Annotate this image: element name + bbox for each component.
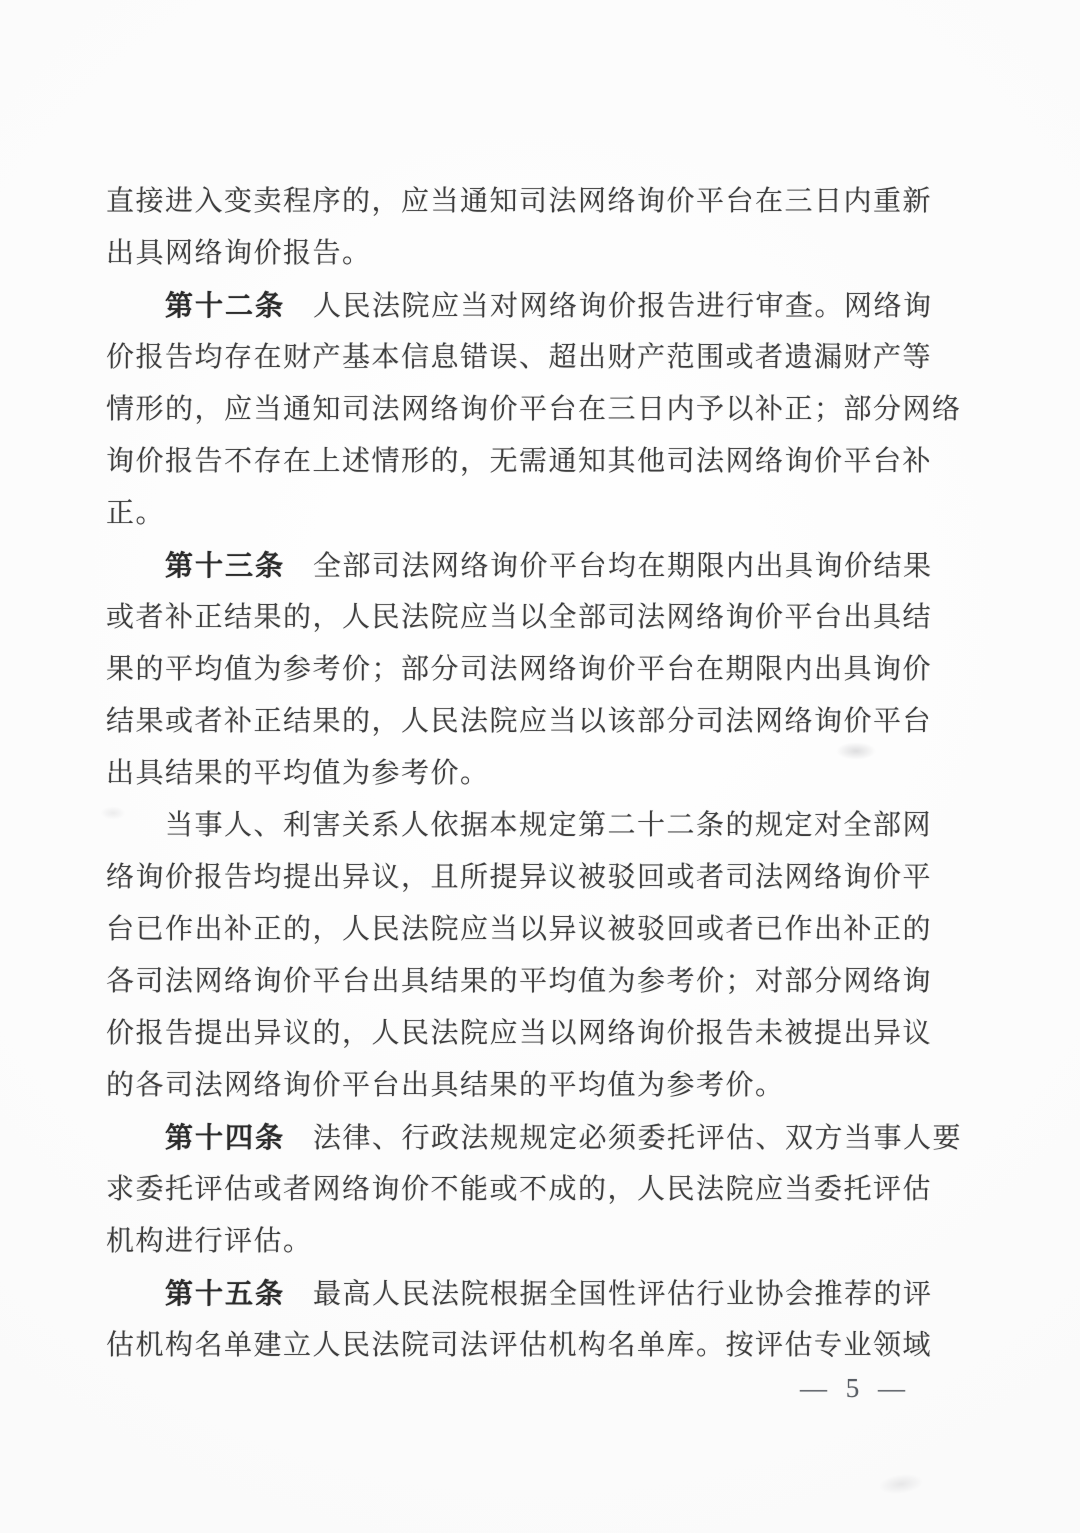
line-text: 或者补正结果的，人民法院应当以全部司法网络询价平台出具结 xyxy=(106,602,932,633)
text-line: 求委托评估或者网络询价不能或不成的，人民法院应当委托评估 xyxy=(106,1164,946,1216)
line-text: 全部司法网络询价平台均在期限内出具询价结果 xyxy=(313,551,933,582)
page-number: — 5 — xyxy=(800,1372,911,1404)
text-line: 直接进入变卖程序的，应当通知司法网络询价平台在三日内重新 xyxy=(106,176,946,228)
text-line: 第十二条人民法院应当对网络询价报告进行审查。网络询 xyxy=(106,280,946,332)
line-text: 正。 xyxy=(106,498,165,529)
text-line: 出具网络询价报告。 xyxy=(106,228,946,280)
line-text: 出具网络询价报告。 xyxy=(106,238,372,269)
line-text: 台已作出补正的，人民法院应当以异议被驳回或者已作出补正的 xyxy=(106,914,932,945)
line-text: 直接进入变卖程序的，应当通知司法网络询价平台在三日内重新 xyxy=(106,186,932,217)
line-text: 法律、行政法规规定必须委托评估、双方当事人要 xyxy=(313,1123,962,1154)
line-text: 价报告均存在财产基本信息错误、超出财产范围或者遗漏财产等 xyxy=(106,342,932,373)
line-text: 机构进行评估。 xyxy=(106,1226,313,1257)
article-heading: 第十五条 xyxy=(165,1278,285,1309)
line-text: 价报告提出异议的，人民法院应当以网络询价报告未被提出异议 xyxy=(106,1018,932,1049)
line-text: 求委托评估或者网络询价不能或不成的，人民法院应当委托评估 xyxy=(106,1174,932,1205)
text-line: 第十五条最高人民法院根据全国性评估行业协会推荐的评 xyxy=(106,1268,946,1320)
text-line: 结果或者补正结果的，人民法院应当以该部分司法网络询价平台 xyxy=(106,696,946,748)
text-line: 的各司法网络询价平台出具结果的平均值为参考价。 xyxy=(106,1060,946,1112)
article-heading: 第十三条 xyxy=(165,550,285,581)
text-line: 正。 xyxy=(106,488,946,540)
text-line: 情形的，应当通知司法网络询价平台在三日内予以补正；部分网络 xyxy=(106,384,946,436)
line-text: 估机构名单建立人民法院司法评估机构名单库。按评估专业领域 xyxy=(106,1330,932,1361)
article-heading: 第十二条 xyxy=(165,290,285,321)
text-line: 台已作出补正的，人民法院应当以异议被驳回或者已作出补正的 xyxy=(106,904,946,956)
line-text: 人民法院应当对网络询价报告进行审查。网络询 xyxy=(313,291,933,322)
line-text: 出具结果的平均值为参考价。 xyxy=(106,758,490,789)
line-text: 络询价报告均提出异议，且所提异议被驳回或者司法网络询价平 xyxy=(106,862,932,893)
line-text: 结果或者补正结果的，人民法院应当以该部分司法网络询价平台 xyxy=(106,706,932,737)
document-lines: 直接进入变卖程序的，应当通知司法网络询价平台在三日内重新出具网络询价报告。第十二… xyxy=(106,176,946,1372)
text-line: 第十三条全部司法网络询价平台均在期限内出具询价结果 xyxy=(106,540,946,592)
article-heading: 第十四条 xyxy=(165,1122,285,1153)
text-line: 或者补正结果的，人民法院应当以全部司法网络询价平台出具结 xyxy=(106,592,946,644)
line-text: 的各司法网络询价平台出具结果的平均值为参考价。 xyxy=(106,1070,785,1101)
line-text: 情形的，应当通知司法网络询价平台在三日内予以补正；部分网络 xyxy=(106,394,962,425)
line-text: 当事人、利害关系人依据本规定第二十二条的规定对全部网 xyxy=(165,810,932,841)
line-text: 各司法网络询价平台出具结果的平均值为参考价；对部分网络询 xyxy=(106,966,932,997)
text-line: 络询价报告均提出异议，且所提异议被驳回或者司法网络询价平 xyxy=(106,852,946,904)
line-text: 果的平均值为参考价；部分司法网络询价平台在期限内出具询价 xyxy=(106,654,932,685)
text-line: 询价报告不存在上述情形的，无需通知其他司法网络询价平台补 xyxy=(106,436,946,488)
text-line: 出具结果的平均值为参考价。 xyxy=(106,748,946,800)
text-line: 价报告均存在财产基本信息错误、超出财产范围或者遗漏财产等 xyxy=(106,332,946,384)
line-text: 询价报告不存在上述情形的，无需通知其他司法网络询价平台补 xyxy=(106,446,932,477)
text-line: 果的平均值为参考价；部分司法网络询价平台在期限内出具询价 xyxy=(106,644,946,696)
text-line: 价报告提出异议的，人民法院应当以网络询价报告未被提出异议 xyxy=(106,1008,946,1060)
text-line: 当事人、利害关系人依据本规定第二十二条的规定对全部网 xyxy=(106,800,946,852)
line-text: 最高人民法院根据全国性评估行业协会推荐的评 xyxy=(313,1279,933,1310)
text-line: 第十四条法律、行政法规规定必须委托评估、双方当事人要 xyxy=(106,1112,946,1164)
scan-smudge xyxy=(100,806,126,820)
text-line: 估机构名单建立人民法院司法评估机构名单库。按评估专业领域 xyxy=(106,1320,946,1372)
text-line: 各司法网络询价平台出具结果的平均值为参考价；对部分网络询 xyxy=(106,956,946,1008)
scan-smudge xyxy=(836,742,876,760)
text-line: 机构进行评估。 xyxy=(106,1216,946,1268)
